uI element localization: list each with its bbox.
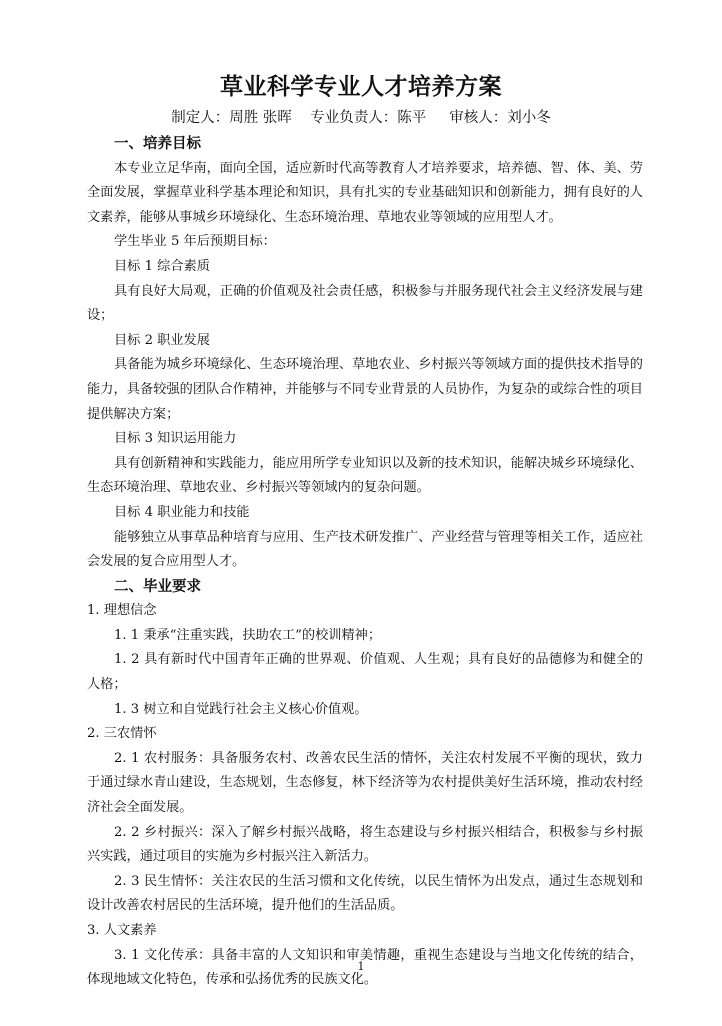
requirement-item: 1. 1 秉承“注重实践，扶助农工”的校训精神； xyxy=(87,624,643,649)
requirement-group-3-title: 3. 人文素养 xyxy=(87,919,643,944)
document-title: 草业科学专业人才培养方案 xyxy=(0,68,722,101)
goal-3-title: 目标 3 知识运用能力 xyxy=(87,427,643,452)
page-number: 1 xyxy=(0,960,722,973)
requirement-item: 2. 3 民生情怀：关注农民的生活习惯和文化传统，以民生情怀为出发点，通过生态规… xyxy=(87,870,643,919)
document-authors: 制定人：周胜 张晖 专业负责人：陈平 审核人：刘小冬 xyxy=(0,106,722,127)
requirement-item: 1. 3 树立和自觉践行社会主义核心价值观。 xyxy=(87,698,643,723)
section-heading-training-goals: 一、培养目标 xyxy=(87,132,643,157)
document-page: 草业科学专业人才培养方案 制定人：周胜 张晖 专业负责人：陈平 审核人：刘小冬 … xyxy=(0,0,722,1026)
requirement-item: 2. 1 农村服务：具备服务农村、改善农民生活的情怀，关注农村发展不平衡的现状，… xyxy=(87,747,643,821)
goal-1-title: 目标 1 综合素质 xyxy=(87,255,643,280)
goal-4-title: 目标 4 职业能力和技能 xyxy=(87,501,643,526)
requirement-group-2-title: 2. 三农情怀 xyxy=(87,722,643,747)
section-heading-graduation-requirements: 二、毕业要求 xyxy=(87,575,643,600)
goal-1-text: 具有良好大局观，正确的价值观及社会责任感，积极参与并服务现代社会主义经济发展与建… xyxy=(87,280,643,329)
paragraph-expected-goals: 学生毕业 5 年后预期目标： xyxy=(87,230,643,255)
goal-2-text: 具备能为城乡环境绿化、生态环境治理、草地农业、乡村振兴等领域方面的提供技术指导的… xyxy=(87,353,643,427)
document-body: 一、培养目标 本专业立足华南，面向全国，适应新时代高等教育人才培养要求，培养德、… xyxy=(87,132,643,993)
paragraph-intro: 本专业立足华南，面向全国，适应新时代高等教育人才培养要求，培养德、智、体、美、劳… xyxy=(87,157,643,231)
goal-4-text: 能够独立从事草品种培育与应用、生产技术研发推广、产业经营与管理等相关工作，适应社… xyxy=(87,526,643,575)
requirement-item: 1. 2 具有新时代中国青年正确的世界观、价值观、人生观；具有良好的品德修为和健… xyxy=(87,648,643,697)
goal-2-title: 目标 2 职业发展 xyxy=(87,329,643,354)
requirement-item: 2. 2 乡村振兴：深入了解乡村振兴战略，将生态建设与乡村振兴相结合，积极参与乡… xyxy=(87,821,643,870)
requirement-group-1-title: 1. 理想信念 xyxy=(87,599,643,624)
goal-3-text: 具有创新精神和实践能力，能应用所学专业知识以及新的技术知识，能解决城乡环境绿化、… xyxy=(87,452,643,501)
